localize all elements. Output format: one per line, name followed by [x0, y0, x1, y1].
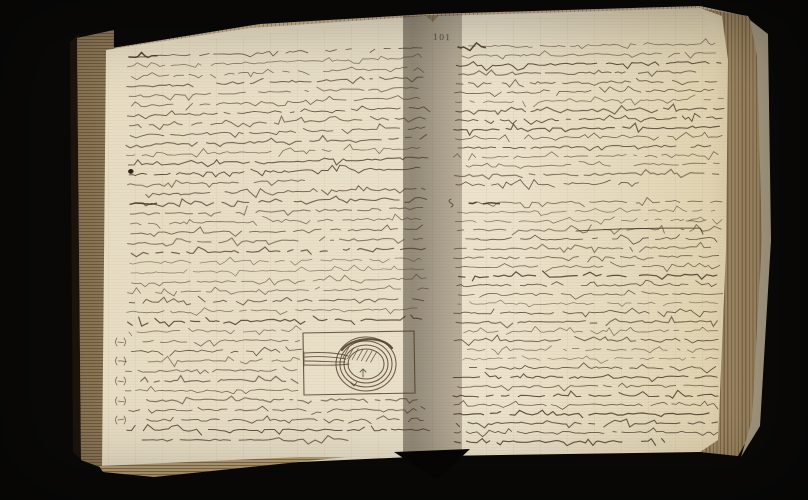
- photo-background: 101: [0, 0, 808, 500]
- folio-number: 101: [433, 33, 452, 43]
- ink-blot: [128, 169, 134, 174]
